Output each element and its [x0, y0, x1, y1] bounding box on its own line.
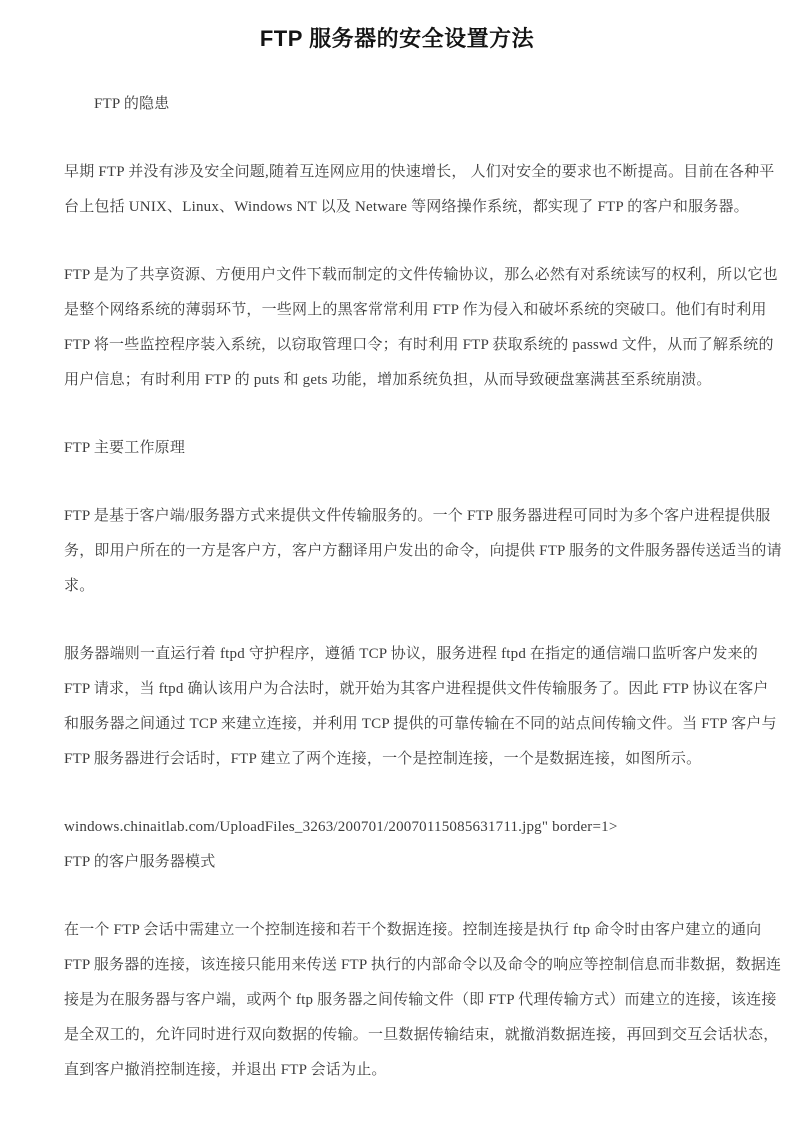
- text-line: FTP 是基于客户端/服务器方式来提供文件传输服务的。一个 FTP 服务器进程可…: [64, 499, 730, 534]
- text-line: 在一个 FTP 会话中需建立一个控制连接和若干个数据连接。控制连接是执行 ftp…: [64, 913, 730, 948]
- text-line: FTP 服务器的连接，该连接只能用来传送 FTP 执行的内部命令以及命令的响应等…: [64, 948, 730, 983]
- text-line: FTP 的隐患: [64, 87, 730, 122]
- para-client-server-mode: FTP 是基于客户端/服务器方式来提供文件传输服务的。一个 FTP 服务器进程可…: [64, 499, 730, 604]
- text-line: 和服务器之间通过 TCP 来建立连接，并利用 TCP 提供的可靠传输在不同的站点…: [64, 707, 730, 742]
- text-line: FTP 将一些监控程序装入系统，以窃取管理口令；有时利用 FTP 获取系统的 p…: [64, 328, 730, 363]
- text-line: FTP 主要工作原理: [64, 431, 730, 466]
- document-page: FTP 服务器的安全设置方法 FTP 的隐患早期 FTP 并没有涉及安全问题,随…: [0, 0, 794, 1123]
- text-line: windows.chinaitlab.com/UploadFiles_3263/…: [64, 810, 730, 845]
- section-label-working-principle: FTP 主要工作原理: [64, 431, 730, 466]
- text-line: FTP 是为了共享资源、方便用户文件下载而制定的文件传输协议，那么必然有对系统读…: [64, 258, 730, 293]
- section-label-ftp-risk: FTP 的隐患: [64, 87, 730, 122]
- text-line: 是整个网络系统的薄弱环节，一些网上的黑客常常利用 FTP 作为侵入和破坏系统的突…: [64, 293, 730, 328]
- para-early-ftp: 早期 FTP 并没有涉及安全问题,随着互连网应用的快速增长， 人们对安全的要求也…: [64, 155, 730, 225]
- fragment-image-url-caption: windows.chinaitlab.com/UploadFiles_3263/…: [64, 810, 730, 880]
- para-ftp-weakness: FTP 是为了共享资源、方便用户文件下载而制定的文件传输协议，那么必然有对系统读…: [64, 258, 730, 398]
- para-ftp-session: 在一个 FTP 会话中需建立一个控制连接和若干个数据连接。控制连接是执行 ftp…: [64, 913, 730, 1088]
- text-line: 务，即用户所在的一方是客户方，客户方翻译用户发出的命令，向提供 FTP 服务的文…: [64, 534, 730, 569]
- text-line: 接是为在服务器与客户端，或两个 ftp 服务器之间传输文件（即 FTP 代理传输…: [64, 983, 730, 1018]
- text-line: 求。: [64, 569, 730, 604]
- text-line: FTP 服务器进行会话时，FTP 建立了两个连接，一个是控制连接，一个是数据连接…: [64, 742, 730, 777]
- para-ftpd-daemon: 服务器端则一直运行着 ftpd 守护程序，遵循 TCP 协议，服务进程 ftpd…: [64, 637, 730, 777]
- text-line: 台上包括 UNIX、Linux、Windows NT 以及 Netware 等网…: [64, 190, 730, 225]
- text-line: 是全双工的，允许同时进行双向数据的传输。一旦数据传输结束，就撤消数据连接，再回到…: [64, 1018, 730, 1053]
- document-body: FTP 的隐患早期 FTP 并没有涉及安全问题,随着互连网应用的快速增长， 人们…: [64, 87, 730, 1088]
- text-line: FTP 请求，当 ftpd 确认该用户为合法时，就开始为其客户进程提供文件传输服…: [64, 672, 730, 707]
- text-line: FTP 的客户服务器模式: [64, 845, 730, 880]
- text-line: 用户信息；有时利用 FTP 的 puts 和 gets 功能，增加系统负担，从而…: [64, 363, 730, 398]
- text-line: 直到客户撤消控制连接，并退出 FTP 会话为止。: [64, 1053, 730, 1088]
- text-line: 早期 FTP 并没有涉及安全问题,随着互连网应用的快速增长， 人们对安全的要求也…: [64, 155, 730, 190]
- document-title: FTP 服务器的安全设置方法: [64, 19, 730, 59]
- text-line: 服务器端则一直运行着 ftpd 守护程序，遵循 TCP 协议，服务进程 ftpd…: [64, 637, 730, 672]
